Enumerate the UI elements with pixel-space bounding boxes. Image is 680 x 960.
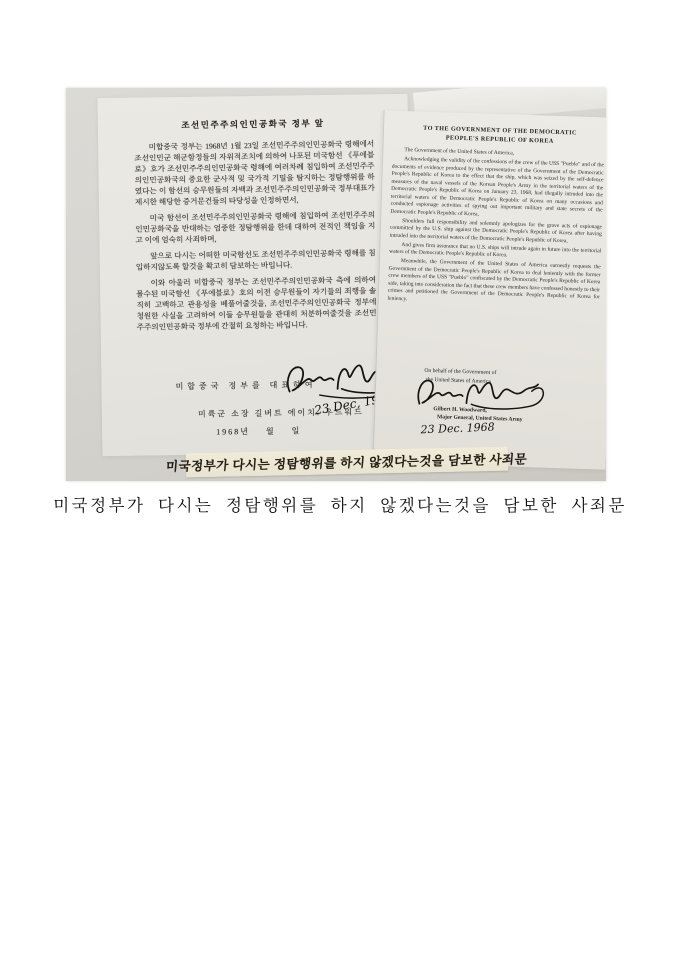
korean-paragraph: 이와 아울러 미합중국 정부는 조선민주주의인민공화국 측에 의하여 몰수된 미…: [136, 274, 377, 332]
woodward-signature-scrawl: [411, 369, 547, 421]
english-paragraph: Meanwhile, the Government of the United …: [388, 258, 601, 310]
photo-caption-strip-text: 미국정부가 다시는 정탐행위를 하지 않겠다는것을 담보한 사죄문: [166, 449, 529, 475]
english-doc-title: TO THE GOVERNMENT OF THE DEMOCRATIC PEOP…: [384, 122, 606, 147]
korean-paragraph: 미국 함선이 조선민주주의인민공화국 령해에 침입하여 조선민주주의인민공화국을…: [135, 209, 375, 245]
document-photograph: 조선민주주의인민공화국 정부 앞 미합중국 정부는 1968년 1월 23일 조…: [66, 88, 606, 481]
korean-doc-body: 미합중국 정부는 1968년 1월 23일 조선민주주의인민공화국 령해에서 조…: [134, 138, 377, 337]
korean-paragraph: 앞으로 다시는 어떠한 미국함선도 조선민주주의인민공화국 령해를 침입하지않도…: [136, 247, 376, 272]
english-paragraph: Acknowledging the validity of the confes…: [390, 156, 604, 223]
korean-apology-document: 조선민주주의인민공화국 정부 앞 미합중국 정부는 1968년 1월 23일 조…: [98, 94, 413, 456]
korean-paragraph: 미합중국 정부는 1968년 1월 23일 조선민주주의인민공화국 령해에서 조…: [134, 138, 375, 207]
english-doc-handwritten-date: 23 Dec. 1968: [420, 420, 494, 436]
page-caption: 미국정부가 다시는 정탐행위를 하지 않겠다는것을 담보한 사죄문: [0, 492, 680, 516]
korean-signature-line-date: 1968년 월 일: [216, 425, 301, 437]
korean-doc-header: 조선민주주의인민공화국 정부 앞: [98, 116, 408, 132]
english-apology-document: TO THE GOVERNMENT OF THE DEMOCRATIC PEOP…: [373, 110, 606, 469]
english-doc-body: The Government of the United States of A…: [388, 147, 605, 311]
